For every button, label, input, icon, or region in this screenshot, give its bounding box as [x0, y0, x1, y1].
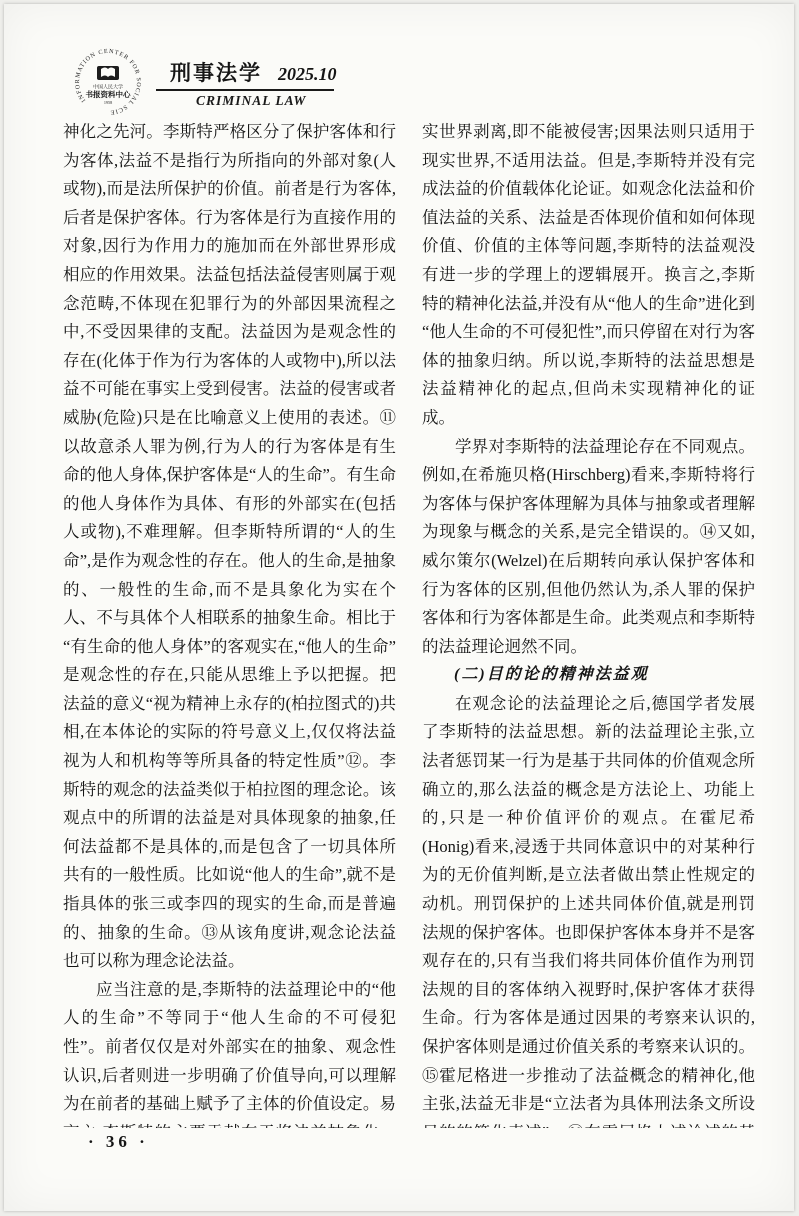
paragraph: 在观念论的法益理论之后,德国学者发展了李斯特的法益思想。新的法益理论主张,立法者… — [422, 690, 755, 1128]
page-footer: · 36 · — [88, 1132, 149, 1152]
left-column: 神化之先河。李斯特严格区分了保护客体和行为客体,法益不是指行为所指向的外部对象(… — [63, 118, 396, 1128]
paragraph: 应当注意的是,李斯特的法益理论中的“他人的生命”不等同于“他人生命的不可侵犯性”… — [63, 976, 396, 1128]
paragraph: 学界对李斯特的法益理论存在不同观点。例如,在希施贝格(Hirschberg)看来… — [422, 433, 755, 662]
journal-title-en: CRIMINAL LAW — [156, 93, 347, 109]
paragraph-continued: 实世界剥离,即不能被侵害;因果法则只适用于现实世界,不适用法益。但是,李斯特并没… — [422, 118, 755, 433]
masthead: 刑事法学 2025.10 CRIMINAL LAW — [156, 57, 347, 109]
section-subheading: (二)目的论的精神法益观 — [422, 661, 755, 690]
seal-inner-line3: 1958 — [104, 100, 112, 105]
journal-seal-icon: INFORMATION CENTER FOR SOCIAL SCIENCES 中… — [72, 46, 144, 118]
article-body: 神化之先河。李斯特严格区分了保护客体和行为客体,法益不是指行为所指向的外部对象(… — [63, 118, 755, 1128]
svg-text:INFORMATION CENTER FOR SOCIAL: INFORMATION CENTER FOR SOCIAL SCIENCES — [72, 46, 142, 116]
page-header: INFORMATION CENTER FOR SOCIAL SCIENCES 中… — [72, 46, 347, 118]
journal-title-cn: 刑事法学 — [170, 57, 262, 87]
header-rule — [156, 89, 334, 91]
seal-ring-text: INFORMATION CENTER FOR SOCIAL SCIENCES — [72, 46, 142, 116]
page-number: · 36 · — [88, 1132, 149, 1151]
seal-inner-line2: 书报资料中心 — [86, 89, 131, 99]
journal-issue: 2025.10 — [278, 64, 337, 85]
journal-page: INFORMATION CENTER FOR SOCIAL SCIENCES 中… — [4, 4, 794, 1211]
right-column: 实世界剥离,即不能被侵害;因果法则只适用于现实世界,不适用法益。但是,李斯特并没… — [422, 118, 755, 1128]
paragraph-continued: 神化之先河。李斯特严格区分了保护客体和行为客体,法益不是指行为所指向的外部对象(… — [63, 118, 396, 976]
